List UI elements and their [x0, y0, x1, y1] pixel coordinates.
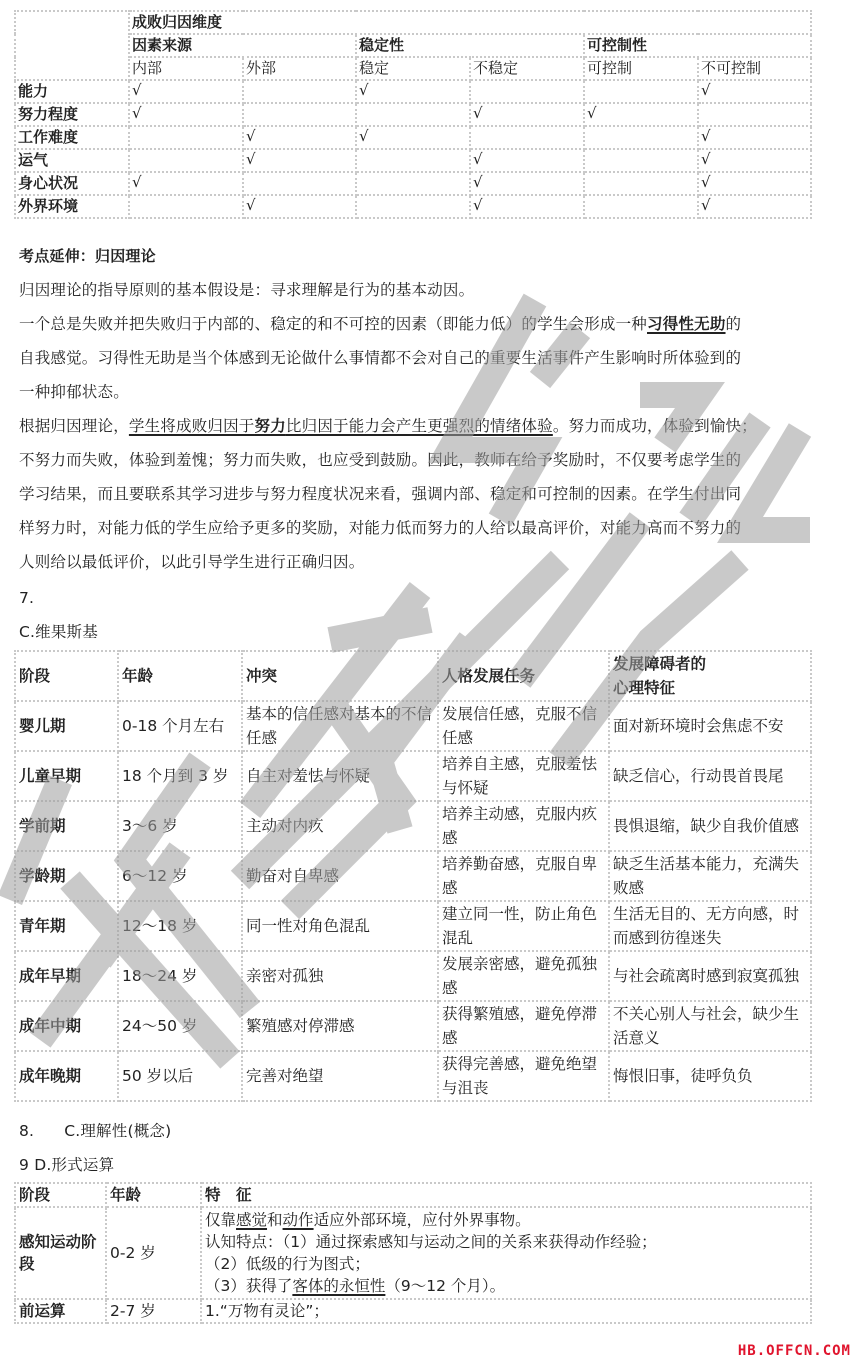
trait-cell: 不关心别人与社会，缺少生活意义 [609, 1001, 811, 1051]
trait-cell: 缺乏信心，行动畏首畏尾 [609, 751, 811, 801]
age-cell: 6～12 岁 [118, 851, 242, 901]
text: 仅靠 [205, 1211, 236, 1229]
question-answer: C.理解性(概念) [64, 1122, 171, 1140]
check-mark: √ [243, 149, 356, 172]
feature-line: 仅靠感觉和动作适应外部环境，应付外界事物。 [205, 1209, 807, 1231]
corner-cell [15, 11, 129, 80]
task-cell: 发展信任感，克服不信任感 [438, 701, 609, 751]
age-cell: 3～6 岁 [118, 801, 242, 851]
column-header: 年龄 [106, 1183, 201, 1207]
factor-label: 外界环境 [15, 195, 129, 218]
stage-cell: 学前期 [15, 801, 118, 851]
text: （3）获得了 [205, 1277, 292, 1295]
check-mark: √ [129, 80, 243, 103]
table-row: 运气 √ √ √ [15, 149, 811, 172]
text: 学习结果，而且要联系其学习进步与努力程度状况来看，强调内部、稳定和可控制的因素。… [19, 485, 741, 503]
table-row: 婴儿期 0-18 个月左右 基本的信任感对基本的不信任感 发展信任感，克服不信任… [15, 701, 811, 751]
check-mark [584, 172, 698, 195]
feature-line: （2）低级的行为图式； [205, 1253, 807, 1275]
check-mark: √ [698, 126, 811, 149]
check-mark [356, 172, 470, 195]
subheader: 外部 [243, 57, 356, 80]
piaget-stages-table: 阶段 年龄 特 征 感知运动阶段 0-2 岁 仅靠感觉和动作适应外部环境，应付外… [14, 1182, 812, 1324]
stage-cell: 学龄期 [15, 851, 118, 901]
conflict-cell: 完善对绝望 [242, 1051, 438, 1101]
feature-cell: 1.“万物有灵论”； [201, 1299, 811, 1323]
check-mark: √ [129, 103, 243, 126]
header-line: 发展障碍者的 [613, 655, 706, 673]
check-mark: √ [356, 80, 470, 103]
key-term: 努力 [255, 417, 286, 435]
key-term: 习得性无助 [647, 315, 726, 333]
stage-cell: 感知运动阶段 [15, 1207, 106, 1299]
text: （9～12 个月）。 [385, 1277, 505, 1295]
column-header: 特 征 [201, 1183, 811, 1207]
task-cell: 建立同一性，防止角色混乱 [438, 901, 609, 951]
question-9: 9 D.形式运算 [19, 1148, 819, 1182]
trait-cell: 缺乏生活基本能力，充满失败感 [609, 851, 811, 901]
question-number: 8. [19, 1122, 34, 1140]
check-mark [470, 126, 584, 149]
text: 学生将成败归因于 [129, 417, 255, 435]
column-header: 发展障碍者的心理特征 [609, 651, 811, 701]
text: 根据归因理论， [19, 417, 129, 435]
table-row: 能力 √ √ √ [15, 80, 811, 103]
subheader: 稳定 [356, 57, 470, 80]
task-cell: 培养勤奋感，克服自卑感 [438, 851, 609, 901]
check-mark [129, 126, 243, 149]
column-header: 冲突 [242, 651, 438, 701]
text: 一个总是失败并把失败归于内部的、稳定的和不可控的因素（即能力低）的学生会形成一种 [19, 315, 647, 333]
conflict-cell: 繁殖感对停滞感 [242, 1001, 438, 1051]
stage-cell: 成年中期 [15, 1001, 118, 1051]
column-header: 阶段 [15, 1183, 106, 1207]
factor-label: 努力程度 [15, 103, 129, 126]
table-row: 学前期 3～6 岁 主动对内疚 培养主动感，克服内疚感 畏惧退缩，缺少自我价值感 [15, 801, 811, 851]
table-row: 青年期 12～18 岁 同一性对角色混乱 建立同一性，防止角色混乱 生活无目的、… [15, 901, 811, 951]
stage-cell: 前运算 [15, 1299, 106, 1323]
conflict-cell: 亲密对孤独 [242, 951, 438, 1001]
question-answer: C.维果斯基 [19, 615, 819, 649]
text: 比归因于能力会产生更强烈的情绪体验 [286, 417, 553, 435]
task-cell: 培养自主感，克服羞怯与怀疑 [438, 751, 609, 801]
check-mark: √ [470, 103, 584, 126]
table-row: 外界环境 √ √ √ [15, 195, 811, 218]
age-cell: 2-7 岁 [106, 1299, 201, 1323]
check-mark: √ [698, 80, 811, 103]
check-mark: √ [470, 149, 584, 172]
extension-heading: 考点延伸：归因理论 [19, 239, 819, 273]
group-header-source: 因素来源 [129, 34, 356, 57]
stage-cell: 成年早期 [15, 951, 118, 1001]
subheader: 不可控制 [698, 57, 811, 80]
paragraph: 根据归因理论，学生将成败归因于努力比归因于能力会产生更强烈的情绪体验。努力而成功… [19, 409, 849, 579]
trait-cell: 生活无目的、无方向感，时而感到彷徨迷失 [609, 901, 811, 951]
paragraph: 一个总是失败并把失败归于内部的、稳定的和不可控的因素（即能力低）的学生会形成一种… [19, 307, 819, 409]
check-mark: √ [243, 126, 356, 149]
factor-label: 身心状况 [15, 172, 129, 195]
text: 一种抑郁状态。 [19, 383, 129, 401]
text: 样努力时，对能力低的学生应给予更多的奖励，对能力低而努力的人给以最高评价，对能力… [19, 519, 741, 537]
check-mark [243, 80, 356, 103]
table-row: 成年晚期 50 岁以后 完善对绝望 获得完善感，避免绝望与沮丧 悔恨旧事，徒呼负… [15, 1051, 811, 1101]
attribution-dimension-table: 成败归因维度 因素来源 稳定性 可控制性 内部 外部 稳定 不稳定 可控制 不可… [14, 10, 812, 219]
check-mark [243, 172, 356, 195]
column-header: 阶段 [15, 651, 118, 701]
header-line: 心理特征 [613, 679, 675, 697]
trait-cell: 与社会疏离时感到寂寞孤独 [609, 951, 811, 1001]
check-mark: √ [698, 149, 811, 172]
stage-cell: 成年晚期 [15, 1051, 118, 1101]
table-header-row: 阶段 年龄 冲突 人格发展任务 发展障碍者的心理特征 [15, 651, 811, 701]
check-mark [584, 126, 698, 149]
conflict-cell: 勤奋对自卑感 [242, 851, 438, 901]
check-mark: √ [470, 172, 584, 195]
task-cell: 获得繁殖感，避免停滞感 [438, 1001, 609, 1051]
erikson-stages-table: 阶段 年龄 冲突 人格发展任务 发展障碍者的心理特征 婴儿期 0-18 个月左右… [14, 650, 812, 1102]
text: 适应外部环境，应付外界事物。 [314, 1211, 531, 1229]
check-mark [356, 149, 470, 172]
check-mark: √ [470, 195, 584, 218]
question-number: 9 [19, 1156, 29, 1174]
check-mark [243, 103, 356, 126]
site-logo: HB.OFFCN.COM [738, 1343, 851, 1359]
check-mark: √ [584, 103, 698, 126]
check-mark [584, 80, 698, 103]
stage-cell: 儿童早期 [15, 751, 118, 801]
conflict-cell: 基本的信任感对基本的不信任感 [242, 701, 438, 751]
text: 不努力而失败，体验到羞愧；努力而失败，也应受到鼓励。因此，教师在给予奖励时，不仅… [19, 451, 741, 469]
table-row: 成年中期 24～50 岁 繁殖感对停滞感 获得繁殖感，避免停滞感 不关心别人与社… [15, 1001, 811, 1051]
feature-line: 认知特点：（1）通过探索感知与运动之间的关系来获得动作经验； [205, 1231, 807, 1253]
table-row: 身心状况 √ √ √ [15, 172, 811, 195]
age-cell: 12～18 岁 [118, 901, 242, 951]
table-header-row: 阶段 年龄 特 征 [15, 1183, 811, 1207]
check-mark: √ [698, 195, 811, 218]
age-cell: 0-2 岁 [106, 1207, 201, 1299]
feature-line: （3）获得了客体的永恒性（9～12 个月）。 [205, 1275, 807, 1297]
table-row: 工作难度 √ √ √ [15, 126, 811, 149]
age-cell: 0-18 个月左右 [118, 701, 242, 751]
task-cell: 获得完善感，避免绝望与沮丧 [438, 1051, 609, 1101]
table-row: 成年早期 18～24 岁 亲密对孤独 发展亲密感，避免孤独感 与社会疏离时感到寂… [15, 951, 811, 1001]
check-mark [129, 195, 243, 218]
check-mark [470, 80, 584, 103]
conflict-cell: 同一性对角色混乱 [242, 901, 438, 951]
check-mark [584, 195, 698, 218]
factor-label: 工作难度 [15, 126, 129, 149]
text: 人则给以最低评价，以此引导学生进行正确归因。 [19, 553, 364, 571]
task-cell: 发展亲密感，避免孤独感 [438, 951, 609, 1001]
question-number: 7. [19, 581, 819, 615]
question-answer: D.形式运算 [34, 1156, 114, 1174]
check-mark [356, 195, 470, 218]
top-header: 成败归因维度 [129, 11, 811, 34]
check-mark: √ [698, 172, 811, 195]
age-cell: 18 个月到 3 岁 [118, 751, 242, 801]
age-cell: 50 岁以后 [118, 1051, 242, 1101]
trait-cell: 悔恨旧事，徒呼负负 [609, 1051, 811, 1101]
conflict-cell: 自主对羞怯与怀疑 [242, 751, 438, 801]
column-header: 人格发展任务 [438, 651, 609, 701]
check-mark: √ [356, 126, 470, 149]
group-header-stability: 稳定性 [356, 34, 584, 57]
conflict-cell: 主动对内疚 [242, 801, 438, 851]
table-row: 感知运动阶段 0-2 岁 仅靠感觉和动作适应外部环境，应付外界事物。 认知特点：… [15, 1207, 811, 1299]
table-row: 努力程度 √ √ √ [15, 103, 811, 126]
check-mark [698, 103, 811, 126]
stage-cell: 婴儿期 [15, 701, 118, 751]
text: 的 [726, 315, 742, 333]
group-header-controllability: 可控制性 [584, 34, 811, 57]
task-cell: 培养主动感，克服内疚感 [438, 801, 609, 851]
subheader: 内部 [129, 57, 243, 80]
feature-cell: 仅靠感觉和动作适应外部环境，应付外界事物。 认知特点：（1）通过探索感知与运动之… [201, 1207, 811, 1299]
paragraph: 归因理论的指导原则的基本假设是：寻求理解是行为的基本动因。 [19, 273, 819, 307]
check-mark [584, 149, 698, 172]
subheader: 不稳定 [470, 57, 584, 80]
text: 和 [267, 1211, 283, 1229]
age-cell: 24～50 岁 [118, 1001, 242, 1051]
trait-cell: 畏惧退缩，缺少自我价值感 [609, 801, 811, 851]
text: 自我感觉。习得性无助是当个体感到无论做什么事情都不会对自己的重要生活事件产生影响… [19, 349, 741, 367]
check-mark [356, 103, 470, 126]
factor-label: 能力 [15, 80, 129, 103]
key-term: 动作 [283, 1211, 314, 1229]
check-mark: √ [243, 195, 356, 218]
stage-cell: 青年期 [15, 901, 118, 951]
age-cell: 18～24 岁 [118, 951, 242, 1001]
subheader: 可控制 [584, 57, 698, 80]
table-row: 前运算 2-7 岁 1.“万物有灵论”； [15, 1299, 811, 1323]
question-8: 8.C.理解性(概念) [19, 1114, 819, 1148]
factor-label: 运气 [15, 149, 129, 172]
table-row: 学龄期 6～12 岁 勤奋对自卑感 培养勤奋感，克服自卑感 缺乏生活基本能力，充… [15, 851, 811, 901]
column-header: 年龄 [118, 651, 242, 701]
key-term: 感觉 [236, 1211, 267, 1229]
check-mark [129, 149, 243, 172]
check-mark: √ [129, 172, 243, 195]
key-statement: 学生将成败归因于努力比归因于能力会产生更强烈的情绪体验 [129, 417, 553, 435]
trait-cell: 面对新环境时会焦虑不安 [609, 701, 811, 751]
key-term: 客体的永恒性 [292, 1277, 385, 1295]
text: 。努力而成功，体验到愉快； [553, 417, 757, 435]
table-row: 儿童早期 18 个月到 3 岁 自主对羞怯与怀疑 培养自主感，克服羞怯与怀疑 缺… [15, 751, 811, 801]
